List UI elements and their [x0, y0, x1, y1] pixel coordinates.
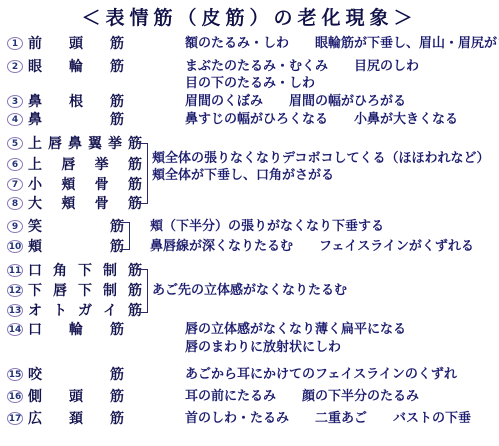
circled-number-badge: 13 — [7, 304, 23, 317]
muscle-name-char: 下 — [28, 283, 42, 299]
muscle-name-char: 制 — [103, 283, 117, 299]
muscle-name: オトガイ筋 — [28, 303, 142, 319]
circled-number-badge: 7 — [7, 178, 23, 191]
circled-number-badge: 16 — [7, 390, 23, 403]
aging-description: 首のしわ・たるみ 二重あご バストの下垂 — [185, 411, 471, 427]
circled-number-badge: 14 — [7, 323, 23, 336]
muscle-name-char: 頬 — [28, 239, 42, 255]
muscle-name-char: 小 — [28, 177, 42, 193]
muscle-name-char: 骨 — [95, 196, 109, 212]
circled-number-badge: 1 — [7, 37, 23, 50]
muscle-name-char: 頚 — [69, 411, 83, 427]
muscle-name: 小頬骨筋 — [28, 177, 142, 193]
muscle-name-char: イ — [103, 303, 117, 319]
circled-number-badge: 11 — [7, 264, 23, 277]
muscle-name: 側頭筋 — [28, 389, 124, 405]
aging-description: 頬全体が下垂し、口角がさがる — [152, 168, 334, 184]
muscle-name-char: 頭 — [69, 36, 83, 52]
muscle-name-char: ガ — [78, 303, 92, 319]
muscle-name-char: 広 — [28, 411, 42, 427]
aging-description: 頬（下半分）の張りがなくなり下垂する — [150, 219, 384, 235]
muscle-name: 頬筋 — [28, 239, 124, 255]
muscle-name-char: 挙 — [95, 157, 109, 173]
muscle-name-char: 骨 — [95, 177, 109, 193]
muscle-name-char: 口 — [28, 322, 42, 338]
muscle-name-char: 側 — [28, 389, 42, 405]
muscle-name-char: 筋 — [110, 411, 124, 427]
aging-description: 鼻すじの幅がひろくなる 小鼻が大きくなる — [185, 112, 458, 128]
muscle-name-char: 頬 — [61, 196, 75, 212]
muscle-name-char: 筋 — [110, 36, 124, 52]
muscle-name-char: 筋 — [110, 367, 124, 383]
muscle-name: 上唇鼻翼挙筋 — [28, 136, 142, 152]
circled-number-badge: 10 — [7, 240, 23, 253]
aging-description: 目の下のたるみ・しわ — [185, 76, 315, 92]
muscle-name-char: 鼻 — [28, 112, 42, 128]
circled-number-badge: 5 — [7, 137, 23, 150]
aging-description: 額のたるみ・しわ 眼輪筋が下垂し、眉山・眉尻がさがる — [185, 36, 499, 52]
aging-description: 唇のまわりに放射状にしわ — [185, 340, 341, 356]
muscle-name-char: 筋 — [110, 112, 124, 128]
circled-number-badge: 6 — [7, 158, 23, 171]
muscle-name-char: 根 — [69, 94, 83, 110]
muscle-name-char: 唇 — [53, 283, 67, 299]
aging-description: あごから耳にかけてのフェイスラインのくずれ — [185, 367, 457, 383]
muscle-name: 眼輪筋 — [28, 59, 124, 75]
muscle-name-char: ト — [53, 303, 67, 319]
aging-description: 頬全体の張りなくなりデコボコしてくる（ほほわれなど） — [152, 151, 489, 167]
circled-number-badge: 4 — [7, 113, 23, 126]
muscle-name: 鼻根筋 — [28, 94, 124, 110]
muscle-name-char: 下 — [78, 263, 92, 279]
aging-phenomena-document: ＜表情筋（皮筋）の老化現象＞ 1前頭筋2眼輪筋3鼻根筋4鼻筋5上唇鼻翼挙筋6上唇… — [0, 0, 499, 446]
muscle-name: 口角下制筋 — [28, 263, 142, 279]
page-title: ＜表情筋（皮筋）の老化現象＞ — [0, 3, 499, 30]
muscle-name-char: 角 — [53, 263, 67, 279]
aging-description: まぶたのたるみ・むくみ 目尻のしわ — [185, 59, 419, 75]
muscle-name: 前頭筋 — [28, 36, 124, 52]
muscle-name-char: 鼻 — [28, 94, 42, 110]
muscle-name-char: 挙 — [108, 136, 122, 152]
muscle-name-char: 上 — [28, 157, 42, 173]
muscle-name-char: 輪 — [69, 59, 83, 75]
muscle-name-char: 翼 — [88, 136, 102, 152]
muscle-name: 下唇下制筋 — [28, 283, 142, 299]
circled-number-badge: 15 — [7, 368, 23, 381]
bracket-muscles-9-10 — [120, 222, 130, 250]
muscle-name-char: オ — [28, 303, 42, 319]
muscle-name-char: 筋 — [110, 389, 124, 405]
muscle-name-char: 上 — [28, 136, 42, 152]
muscle-name-char: 唇 — [48, 136, 62, 152]
aging-description: 唇の立体感がなくなり薄く扁平になる — [185, 322, 406, 338]
bracket-muscles-11-13 — [137, 269, 148, 313]
muscle-name-char: 頬 — [61, 177, 75, 193]
muscle-name-char: 眼 — [28, 59, 42, 75]
muscle-name-char: 制 — [103, 263, 117, 279]
circled-number-badge: 9 — [7, 220, 23, 233]
muscle-name-char: 頭 — [69, 389, 83, 405]
muscle-name: 口輪筋 — [28, 322, 124, 338]
bracket-muscles-5-8 — [137, 143, 148, 204]
circled-number-badge: 8 — [7, 197, 23, 210]
circled-number-badge: 12 — [7, 284, 23, 297]
muscle-name-char: 咬 — [28, 367, 42, 383]
aging-description: 眉間のくぼみ 眉間の幅がひろがる — [185, 94, 406, 110]
muscle-name-char: 筋 — [110, 59, 124, 75]
muscle-name: 笑筋 — [28, 219, 124, 235]
muscle-name: 上唇挙筋 — [28, 157, 142, 173]
muscle-name-char: 唇 — [61, 157, 75, 173]
aging-description: 耳の前にたるみ 顔の下半分のたるみ — [185, 389, 419, 405]
muscle-name-char: 下 — [78, 283, 92, 299]
muscle-name-char: 笑 — [28, 219, 42, 235]
circled-number-badge: 17 — [7, 412, 23, 425]
muscle-name-char: 輪 — [69, 322, 83, 338]
muscle-name-char: 鼻 — [68, 136, 82, 152]
aging-description: 鼻唇線が深くなりたるむ フェイスラインがくずれる — [150, 239, 474, 255]
circled-number-badge: 3 — [7, 95, 23, 108]
muscle-name: 広頚筋 — [28, 411, 124, 427]
muscle-name-char: 筋 — [110, 94, 124, 110]
circled-number-badge: 2 — [7, 60, 23, 73]
muscle-name: 咬筋 — [28, 367, 124, 383]
muscle-name-char: 前 — [28, 36, 42, 52]
muscle-name-char: 筋 — [110, 322, 124, 338]
muscle-name: 鼻筋 — [28, 112, 124, 128]
muscle-name-char: 口 — [28, 263, 42, 279]
muscle-name: 大頬骨筋 — [28, 196, 142, 212]
muscle-name-char: 大 — [28, 196, 42, 212]
aging-description: あご先の立体感がなくなりたるむ — [152, 283, 347, 299]
